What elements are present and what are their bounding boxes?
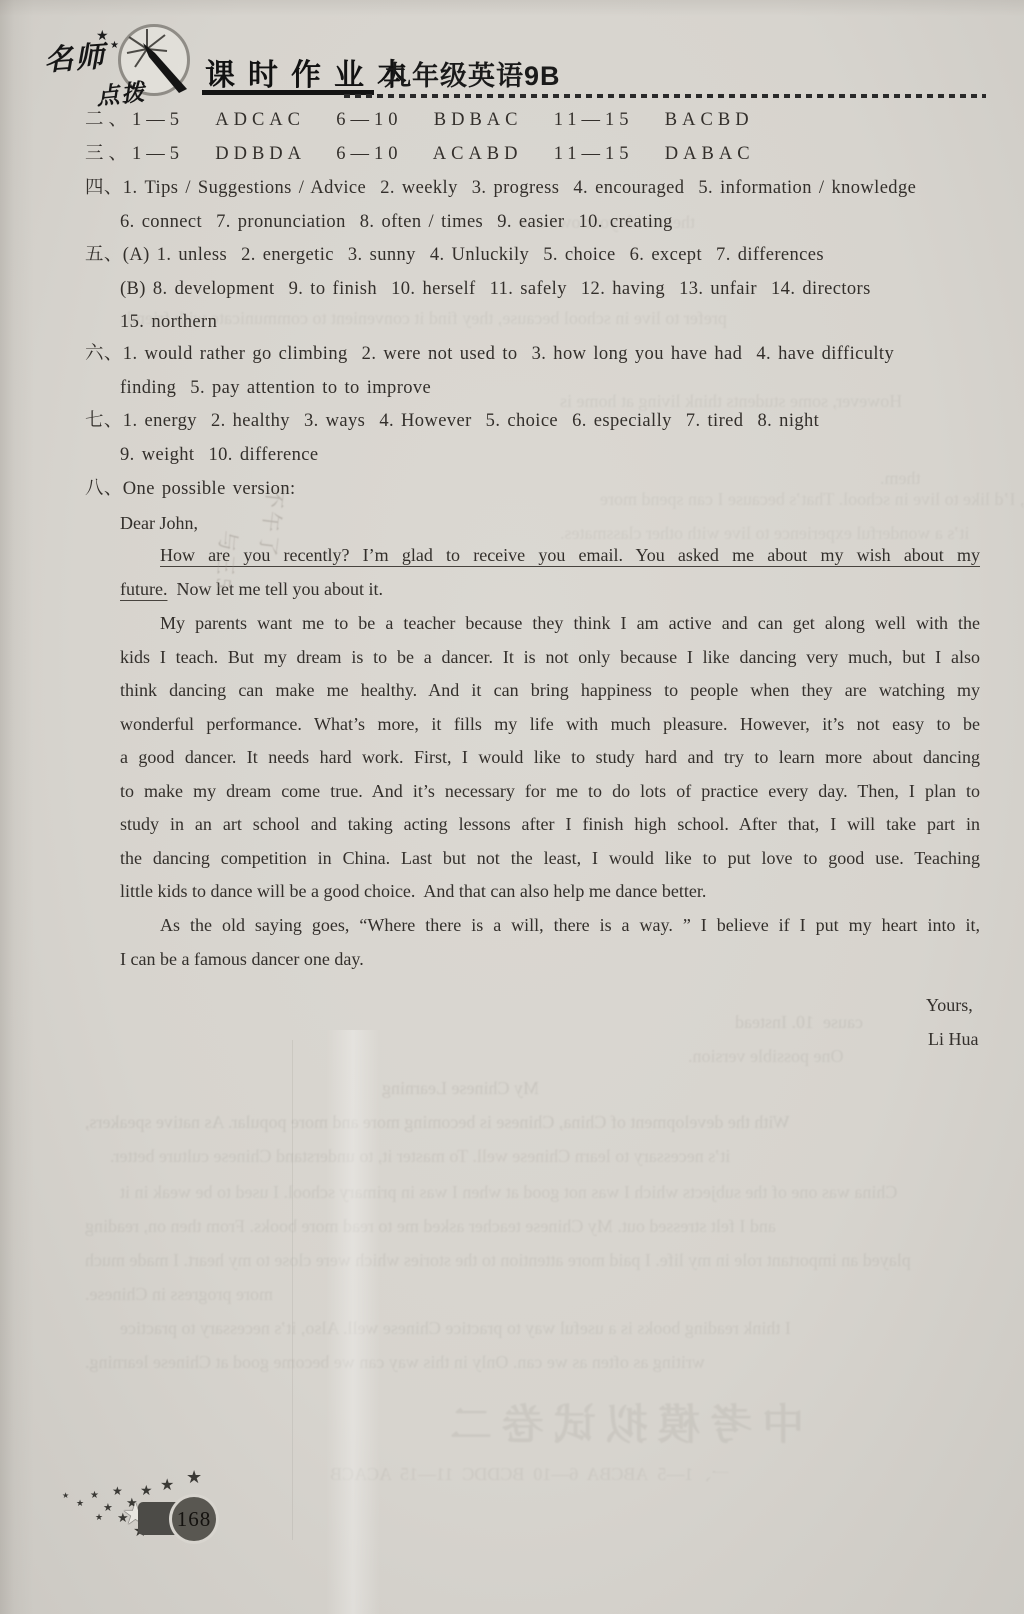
scan-light-band xyxy=(326,1030,380,1614)
text-segment: 七、1. energy 2. healthy 3. ways 4. Howeve… xyxy=(85,411,819,431)
text-segment: Li Hua xyxy=(928,1029,978,1049)
text-segment: 6. connect 7. pronunciation 8. often / t… xyxy=(120,212,673,232)
text-segment: little kids to dance will be a good choi… xyxy=(120,881,706,901)
text-line: As the old saying goes, “Where there is … xyxy=(160,914,980,937)
star-icon: ★ xyxy=(76,1500,84,1509)
text-segment: (B) 8. development 9. to finish 10. hers… xyxy=(120,279,871,299)
text-line: Li Hua xyxy=(928,1028,978,1051)
text-line: a good dancer. It needs hard work. First… xyxy=(120,746,980,769)
text-line: the dancing competition in China. Last b… xyxy=(120,847,980,870)
ghost-text-line: it’s a wonderful experience to live with… xyxy=(560,523,969,544)
pencil-scribble: 与三5 xyxy=(209,529,244,593)
ghost-text-line: With the development of China, Chinese i… xyxy=(85,1112,790,1133)
text-segment: finding 5. pay attention to to improve xyxy=(120,378,431,398)
text-segment: Dear John, xyxy=(120,513,198,533)
star-icon: ★ xyxy=(90,1491,99,1501)
text-line: 三、1—5 DDBDA 6—10 ACABD 11—15 DABAC xyxy=(85,143,755,166)
ghost-text-line: My Chinese Learning xyxy=(382,1078,539,1099)
ghost-text-line: However, some students think living at h… xyxy=(560,391,902,412)
text-segment: 二、1—5 ADCAC 6—10 BDBAC 11—15 BACBD xyxy=(85,110,754,130)
text-line: 6. connect 7. pronunciation 8. often / t… xyxy=(120,211,673,234)
text-line: think dancing can make me healthy. And i… xyxy=(120,679,980,702)
text-segment: 三、1—5 DDBDA 6—10 ACABD 11—15 DABAC xyxy=(85,144,755,164)
dotted-rule xyxy=(344,94,986,98)
star-icon: ★ xyxy=(160,1477,174,1493)
ghost-text-line: and I felt stressed out. My Chinese teac… xyxy=(85,1216,776,1237)
text-segment: 15. northern xyxy=(120,312,217,332)
text-segment: think dancing can make me healthy. And i… xyxy=(120,680,980,700)
subject-title: 九年级英语9B xyxy=(384,54,561,93)
text-line: I can be a famous dancer one day. xyxy=(120,948,364,971)
ghost-text-line: I think reading books is a useful way to… xyxy=(120,1318,791,1339)
text-line: 七、1. energy 2. healthy 3. ways 4. Howeve… xyxy=(85,410,819,433)
text-line: 六、1. would rather go climbing 2. were no… xyxy=(85,343,894,366)
text-segment: Now let me tell you about it. xyxy=(167,579,382,599)
text-line: study in an art school and taking acting… xyxy=(120,813,980,836)
text-segment: to make my dream come true. And it’s nec… xyxy=(120,781,980,801)
ghost-text-line: China was one of the subjects which I wa… xyxy=(120,1182,897,1203)
text-segment: As the old saying goes, “Where there is … xyxy=(160,915,980,935)
text-segment: a good dancer. It needs hard work. First… xyxy=(120,747,980,767)
ghost-text-line: 一、1—5 ABCBA 6—10 BCDDC 11—15 ACACB xyxy=(330,1460,729,1486)
scanned-workbook-page: 名师 ★ ★ 点拨 课时作业本 九年级英语9B them with your o… xyxy=(0,0,1024,1614)
underlined-text: future. xyxy=(120,579,167,599)
publisher-logo-text-bottom: 点拨 xyxy=(94,73,147,111)
text-line: kids I teach. But my dream is to be a da… xyxy=(120,646,980,669)
ghost-text-line: writing as often as we can. Only in this… xyxy=(85,1352,705,1373)
ghost-text-line: cause 10. Instead xyxy=(735,1012,863,1033)
text-segment: 9. weight 10. difference xyxy=(120,445,318,465)
ghost-text-line: played an important role in my life. I p… xyxy=(85,1250,911,1271)
ghost-text-line: more progress in Chinese. xyxy=(85,1284,273,1305)
star-icon: ★ xyxy=(140,1484,153,1498)
ghost-text-line: As for me, I’d like to live in school. T… xyxy=(600,489,1024,510)
text-line: (B) 8. development 9. to finish 10. hers… xyxy=(120,278,871,301)
text-line: to make my dream come true. And it’s nec… xyxy=(120,780,980,803)
text-line: Yours, xyxy=(926,994,973,1017)
ghost-text-line: it’s necessary to learn Chinese well. To… xyxy=(110,1146,730,1167)
page-number: 168 xyxy=(177,1507,212,1532)
text-line: 五、(A) 1. unless 2. energetic 3. sunny 4.… xyxy=(85,244,824,267)
text-line: 四、1. Tips / Suggestions / Advice 2. week… xyxy=(85,177,916,200)
page-number-badge: 168 xyxy=(172,1497,216,1541)
text-segment: 六、1. would rather go climbing 2. were no… xyxy=(85,344,894,364)
text-segment: My parents want me to be a teacher becau… xyxy=(160,613,980,633)
text-segment: study in an art school and taking acting… xyxy=(120,814,980,834)
text-segment: 五、(A) 1. unless 2. energetic 3. sunny 4.… xyxy=(85,245,824,265)
ghost-text-line: them. xyxy=(880,468,921,489)
paper-crease xyxy=(292,1040,293,1540)
text-segment: kids I teach. But my dream is to be a da… xyxy=(120,647,980,667)
star-icon: ★ xyxy=(110,40,119,51)
text-segment: 四、1. Tips / Suggestions / Advice 2. week… xyxy=(85,178,916,198)
star-icon: ★ xyxy=(103,1502,113,1513)
ghost-text-line: 中考模拟试卷二 xyxy=(440,1392,804,1452)
text-line: 二、1—5 ADCAC 6—10 BDBAC 11—15 BACBD xyxy=(85,109,754,132)
text-line: little kids to dance will be a good choi… xyxy=(120,880,706,903)
text-segment: the dancing competition in China. Last b… xyxy=(120,848,980,868)
text-line: Dear John, xyxy=(120,512,198,535)
ghost-text-line: One possible version. xyxy=(688,1046,843,1067)
star-icon: ★ xyxy=(186,1469,202,1487)
text-segment: I can be a famous dancer one day. xyxy=(120,949,364,969)
text-line: wonderful performance. What’s more, it f… xyxy=(120,713,980,736)
text-line: 15. northern xyxy=(120,311,217,334)
text-line: finding 5. pay attention to to improve xyxy=(120,377,431,400)
star-icon: ★ xyxy=(62,1492,69,1500)
text-segment: Yours, xyxy=(926,995,973,1015)
text-line: My parents want me to be a teacher becau… xyxy=(160,612,980,635)
star-icon: ★ xyxy=(112,1485,123,1497)
text-line: 9. weight 10. difference xyxy=(120,444,318,467)
star-icon: ★ xyxy=(96,28,109,45)
star-icon: ★ xyxy=(95,1514,103,1523)
text-segment: wonderful performance. What’s more, it f… xyxy=(120,714,980,734)
text-line: future. Now let me tell you about it. xyxy=(120,578,383,601)
